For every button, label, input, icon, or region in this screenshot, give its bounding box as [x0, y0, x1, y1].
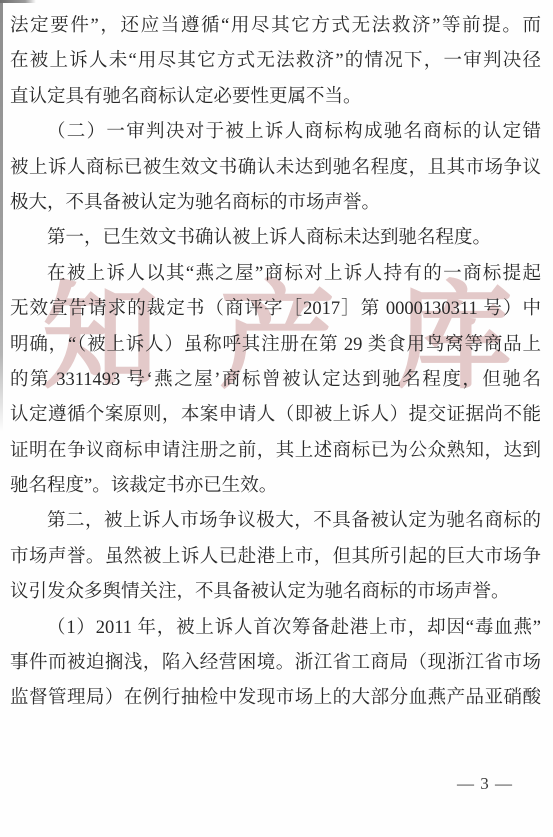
text-line: 议引发众多舆情关注，不具备被认定为驰名商标的市场声誉。: [10, 575, 541, 610]
text-line: 直认定具有驰名商标认定必要性更属不当。: [10, 80, 541, 115]
text-line: （1）2011 年，被上诉人首次筹备赴港上市，却因“毒血燕”: [10, 611, 541, 646]
text-line: 驰名程度”。该裁定书亦已生效。: [10, 469, 541, 504]
text-line: 证明在争议商标申请注册之前，其上述商标已为公众熟知，达到: [10, 434, 541, 469]
document-body: 法定要件”，还应当遵循“用尽其它方式无法救济”等前提。而在被上诉人未“用尽其它方…: [10, 9, 541, 717]
text-line: 的第 3311493 号‘燕之屋’商标曾被认定达到驰名程度，但驰名: [10, 363, 541, 398]
text-line: 监督管理局）在例行抽检中发现市场上的大部分血燕产品亚硝酸: [10, 681, 541, 716]
scan-edge-left: [0, 0, 3, 432]
document-page: 知产库 法定要件”，还应当遵循“用尽其它方式无法救济”等前提。而在被上诉人未“用…: [0, 0, 553, 837]
text-line: 极大，不具备被认定为驰名商标的市场声誉。: [10, 186, 541, 221]
scan-edge-top: [0, 0, 36, 3]
page-number: — 3 —: [457, 774, 513, 794]
text-line: （二）一审判决对于被上诉人商标构成驰名商标的认定错误。: [10, 115, 541, 150]
text-line: 法定要件”，还应当遵循“用尽其它方式无法救济”等前提。而: [10, 9, 541, 44]
text-line: 明确，“（被上诉人）虽称呼其注册在第 29 类食用鸟窝等商品上: [10, 328, 541, 363]
text-line: 被上诉人商标已被生效文书确认未达到驰名程度，且其市场争议: [10, 151, 541, 186]
text-line: 认定遵循个案原则，本案申请人（即被上诉人）提交证据尚不能: [10, 398, 541, 433]
text-line: 市场声誉。虽然被上诉人已赴港上市，但其所引起的巨大市场争: [10, 540, 541, 575]
text-line: 在被上诉人未“用尽其它方式无法救济”的情况下，一审判决径: [10, 44, 541, 79]
text-line: 在被上诉人以其“燕之屋”商标对上诉人持有的一商标提起: [10, 257, 541, 292]
text-line: 事件而被迫搁浅，陷入经营困境。浙江省工商局（现浙江省市场: [10, 646, 541, 681]
text-line: 第一，已生效文书确认被上诉人商标未达到驰名程度。: [10, 221, 541, 256]
text-line: 无效宣告请求的裁定书（商评字［2017］第 0000130311 号）中: [10, 292, 541, 327]
text-line: 第二，被上诉人市场争议极大，不具备被认定为驰名商标的: [10, 504, 541, 539]
